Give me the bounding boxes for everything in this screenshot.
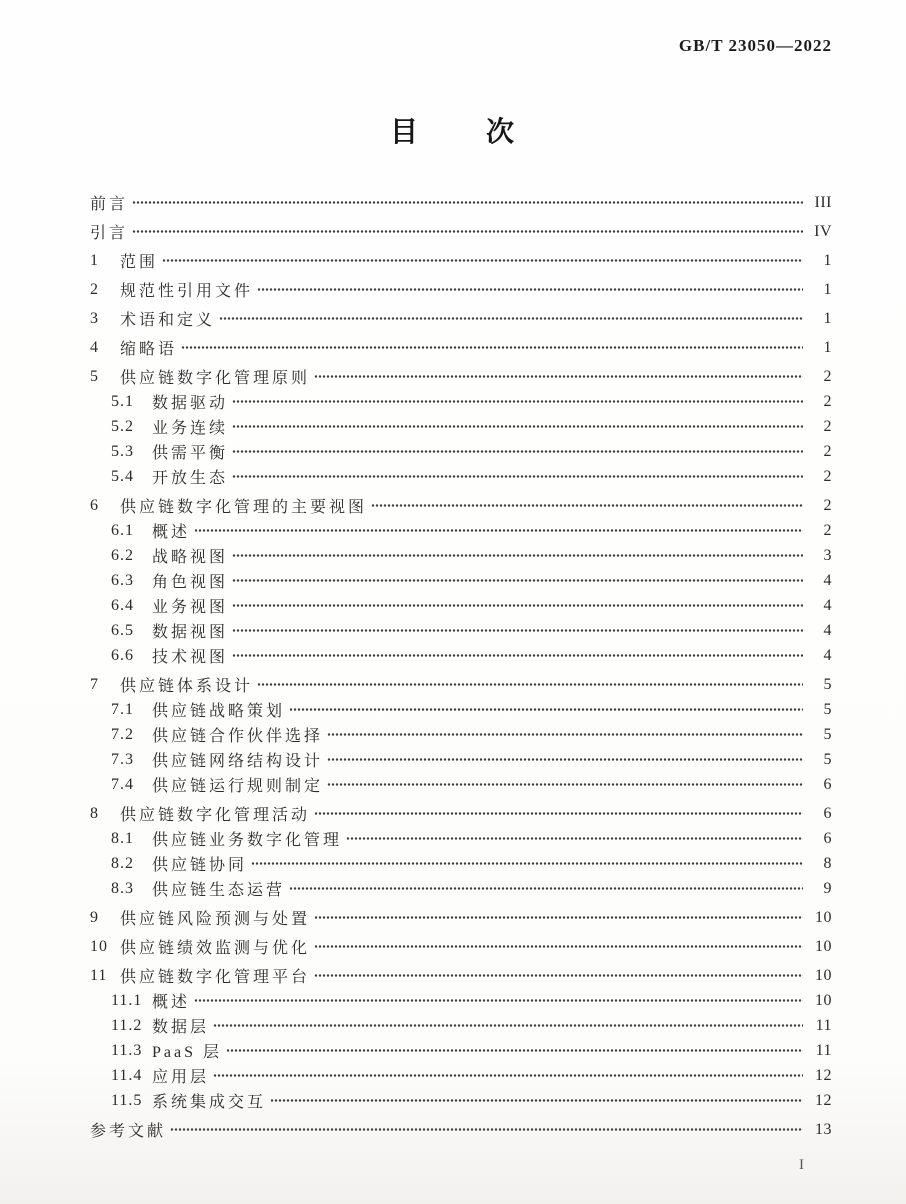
toc-entry-number: 6.3 bbox=[111, 572, 152, 590]
toc-entry: 1 范围 1 bbox=[90, 248, 832, 273]
footer-page-number: I bbox=[799, 1157, 804, 1174]
toc-entry: 11.1 概述 10 bbox=[90, 988, 832, 1013]
toc-entry-label: 系统集成交互 bbox=[152, 1089, 266, 1112]
toc-entry-number: 7.2 bbox=[111, 726, 152, 744]
dot-leader bbox=[314, 934, 803, 959]
dot-leader bbox=[232, 568, 803, 593]
dot-leader bbox=[194, 988, 803, 1013]
toc-entry-page: 2 bbox=[808, 368, 832, 386]
toc-entry-number: 11.3 bbox=[111, 1042, 152, 1060]
dot-leader bbox=[327, 772, 803, 797]
dot-leader bbox=[219, 306, 803, 331]
toc-entry-label: 供应链数字化管理原则 bbox=[120, 365, 310, 388]
toc-entry-number: 6.6 bbox=[111, 647, 152, 665]
toc-entry: 5 供应链数字化管理原则 2 bbox=[90, 364, 832, 389]
toc-entry-number: 6.5 bbox=[111, 622, 152, 640]
dot-leader bbox=[232, 643, 803, 668]
toc-entry-label: 供应链风险预测与处置 bbox=[120, 906, 310, 929]
toc-entry-page: 2 bbox=[808, 468, 832, 486]
toc-entry-number: 9 bbox=[90, 909, 120, 927]
toc-entry: 5.1 数据驱动 2 bbox=[90, 389, 832, 414]
toc-entry-label: 供应链生态运营 bbox=[152, 877, 285, 900]
toc-entry: 引言 IV bbox=[90, 219, 832, 244]
toc-entry-page: IV bbox=[808, 223, 832, 241]
dot-leader bbox=[232, 464, 803, 489]
toc-entry-label: PaaS 层 bbox=[152, 1039, 222, 1062]
toc-entry: 5.2 业务连续 2 bbox=[90, 414, 832, 439]
toc-entry: 3 术语和定义 1 bbox=[90, 306, 832, 331]
toc-entry-number: 7.3 bbox=[111, 751, 152, 769]
toc-entry-page: 5 bbox=[808, 726, 832, 744]
toc-entry-page: 11 bbox=[808, 1017, 832, 1035]
toc-entry: 9 供应链风险预测与处置 10 bbox=[90, 905, 832, 930]
toc-entry-page: 11 bbox=[808, 1042, 832, 1060]
toc-entry-label: 供应链合作伙伴选择 bbox=[152, 723, 323, 746]
toc-entry-label: 参考文献 bbox=[90, 1118, 166, 1141]
toc-entry: 7.1 供应链战略策划 5 bbox=[90, 697, 832, 722]
dot-leader bbox=[257, 277, 803, 302]
toc-entry-page: 10 bbox=[808, 992, 832, 1010]
dot-leader bbox=[251, 851, 803, 876]
dot-leader bbox=[132, 190, 803, 215]
dot-leader bbox=[232, 618, 803, 643]
toc-entry-page: 2 bbox=[808, 443, 832, 461]
toc-entry-number: 7.1 bbox=[111, 701, 152, 719]
toc-entry-page: 8 bbox=[808, 855, 832, 873]
toc-entry-page: 10 bbox=[808, 909, 832, 927]
dot-leader bbox=[194, 518, 803, 543]
toc-entry-label: 供应链体系设计 bbox=[120, 673, 253, 696]
toc-entry: 6.2 战略视图 3 bbox=[90, 543, 832, 568]
toc-entry-label: 战略视图 bbox=[152, 544, 228, 567]
toc-entry: 5.3 供需平衡 2 bbox=[90, 439, 832, 464]
toc-entry-number: 2 bbox=[90, 281, 120, 299]
toc-entry-number: 11 bbox=[90, 967, 120, 985]
toc-entry-label: 缩略语 bbox=[120, 336, 177, 359]
dot-leader bbox=[213, 1013, 803, 1038]
toc-entry-label: 供需平衡 bbox=[152, 440, 228, 463]
dot-leader bbox=[132, 219, 803, 244]
toc-entry: 10 供应链绩效监测与优化 10 bbox=[90, 934, 832, 959]
toc-entry: 11.2 数据层 11 bbox=[90, 1013, 832, 1038]
toc-entry-page: 2 bbox=[808, 418, 832, 436]
dot-leader bbox=[289, 697, 803, 722]
toc-entry-label: 概述 bbox=[152, 989, 190, 1012]
toc-entry-number: 4 bbox=[90, 339, 120, 357]
toc-entry-number: 11.4 bbox=[111, 1067, 152, 1085]
dot-leader bbox=[371, 493, 803, 518]
toc-entry-label: 技术视图 bbox=[152, 644, 228, 667]
toc-entry-label: 规范性引用文件 bbox=[120, 278, 253, 301]
toc-entry-number: 1 bbox=[90, 252, 120, 270]
toc-entry-label: 数据驱动 bbox=[152, 390, 228, 413]
toc-entry: 2 规范性引用文件 1 bbox=[90, 277, 832, 302]
toc-entry-number: 5.2 bbox=[111, 418, 152, 436]
dot-leader bbox=[314, 963, 803, 988]
toc-entry: 7.4 供应链运行规则制定 6 bbox=[90, 772, 832, 797]
toc-entry: 8.1 供应链业务数字化管理 6 bbox=[90, 826, 832, 851]
toc-entry: 6.6 技术视图 4 bbox=[90, 643, 832, 668]
toc-entry-number: 7 bbox=[90, 676, 120, 694]
toc-entry-page: 5 bbox=[808, 676, 832, 694]
toc-entry-label: 开放生态 bbox=[152, 465, 228, 488]
dot-leader bbox=[346, 826, 803, 851]
toc-entry-label: 供应链运行规则制定 bbox=[152, 773, 323, 796]
toc-entry: 8 供应链数字化管理活动 6 bbox=[90, 801, 832, 826]
toc-entry-page: 1 bbox=[808, 252, 832, 270]
toc-entry-number: 6 bbox=[90, 497, 120, 515]
dot-leader bbox=[181, 335, 803, 360]
toc-entry-page: 1 bbox=[808, 310, 832, 328]
toc-entry-number: 3 bbox=[90, 310, 120, 328]
toc-entry-page: 4 bbox=[808, 597, 832, 615]
dot-leader bbox=[314, 905, 803, 930]
page-title: 目 次 bbox=[0, 110, 906, 150]
toc-entry: 6.4 业务视图 4 bbox=[90, 593, 832, 618]
toc-entry: 4 缩略语 1 bbox=[90, 335, 832, 360]
toc-entry-page: 1 bbox=[808, 339, 832, 357]
toc-entry-label: 业务连续 bbox=[152, 415, 228, 438]
toc-entry: 8.2 供应链协同 8 bbox=[90, 851, 832, 876]
dot-leader bbox=[232, 543, 803, 568]
toc-entry-number: 5.1 bbox=[111, 393, 152, 411]
toc-entry-label: 供应链网络结构设计 bbox=[152, 748, 323, 771]
dot-leader bbox=[257, 672, 803, 697]
toc-entry-page: 2 bbox=[808, 497, 832, 515]
toc-entry-page: 5 bbox=[808, 701, 832, 719]
dot-leader bbox=[314, 801, 803, 826]
toc-entry-label: 业务视图 bbox=[152, 594, 228, 617]
toc-entry-number: 11.1 bbox=[111, 992, 152, 1010]
dot-leader bbox=[232, 389, 803, 414]
toc-entry-label: 供应链数字化管理平台 bbox=[120, 964, 310, 987]
toc-entry-number: 5.3 bbox=[111, 443, 152, 461]
dot-leader bbox=[162, 248, 803, 273]
toc-entry: 11.3 PaaS 层 11 bbox=[90, 1038, 832, 1063]
toc-entry-label: 供应链业务数字化管理 bbox=[152, 827, 342, 850]
toc-entry: 7 供应链体系设计 5 bbox=[90, 672, 832, 697]
toc-entry-number: 6.4 bbox=[111, 597, 152, 615]
toc-entry-label: 数据视图 bbox=[152, 619, 228, 642]
toc-entry-page: 6 bbox=[808, 776, 832, 794]
toc-entry-page: 10 bbox=[808, 967, 832, 985]
toc-entry-label: 术语和定义 bbox=[120, 307, 215, 330]
toc-entry: 6.1 概述 2 bbox=[90, 518, 832, 543]
toc-entry-page: 10 bbox=[808, 938, 832, 956]
toc-entry-page: 4 bbox=[808, 572, 832, 590]
dot-leader bbox=[232, 414, 803, 439]
toc-entry-number: 5.4 bbox=[111, 468, 152, 486]
toc-entry-page: 13 bbox=[808, 1121, 832, 1139]
toc-entry-page: 5 bbox=[808, 751, 832, 769]
toc-entry-page: III bbox=[808, 194, 832, 212]
toc-entry-page: 3 bbox=[808, 547, 832, 565]
toc-entry-label: 应用层 bbox=[152, 1064, 209, 1087]
toc-entry: 5.4 开放生态 2 bbox=[90, 464, 832, 489]
toc-entry-label: 范围 bbox=[120, 249, 158, 272]
dot-leader bbox=[327, 722, 803, 747]
toc-entry-number: 6.2 bbox=[111, 547, 152, 565]
toc-entry: 8.3 供应链生态运营 9 bbox=[90, 876, 832, 901]
toc-entry-page: 2 bbox=[808, 522, 832, 540]
toc-entry-label: 前言 bbox=[90, 191, 128, 214]
dot-leader bbox=[314, 364, 803, 389]
toc-entry-page: 12 bbox=[808, 1067, 832, 1085]
toc-entry-number: 5 bbox=[90, 368, 120, 386]
toc-entry-label: 供应链数字化管理活动 bbox=[120, 802, 310, 825]
toc-entry-page: 6 bbox=[808, 830, 832, 848]
toc-entry-number: 8.1 bbox=[111, 830, 152, 848]
toc-entry-label: 引言 bbox=[90, 220, 128, 243]
toc-entry-label: 概述 bbox=[152, 519, 190, 542]
dot-leader bbox=[232, 439, 803, 464]
dot-leader bbox=[170, 1117, 803, 1142]
dot-leader bbox=[270, 1088, 803, 1113]
toc-entry-page: 4 bbox=[808, 622, 832, 640]
dot-leader bbox=[213, 1063, 803, 1088]
toc-entry-number: 8 bbox=[90, 805, 120, 823]
toc-entry-number: 6.1 bbox=[111, 522, 152, 540]
toc-entry-page: 6 bbox=[808, 805, 832, 823]
toc-list: 前言 III 引言 IV 1 范围 1 2 规范性引用文件 1 3 术语和定义 … bbox=[90, 190, 832, 1142]
toc-entry-page: 1 bbox=[808, 281, 832, 299]
toc-entry-label: 供应链数字化管理的主要视图 bbox=[120, 494, 367, 517]
toc-entry-number: 8.2 bbox=[111, 855, 152, 873]
toc-entry-page: 4 bbox=[808, 647, 832, 665]
dot-leader bbox=[232, 593, 803, 618]
dot-leader bbox=[226, 1038, 803, 1063]
toc-entry: 6.5 数据视图 4 bbox=[90, 618, 832, 643]
toc-entry-page: 9 bbox=[808, 880, 832, 898]
toc-entry-number: 8.3 bbox=[111, 880, 152, 898]
toc-entry-label: 数据层 bbox=[152, 1014, 209, 1037]
toc-entry: 参考文献 13 bbox=[90, 1117, 832, 1142]
toc-entry: 11 供应链数字化管理平台 10 bbox=[90, 963, 832, 988]
toc-entry: 11.5 系统集成交互 12 bbox=[90, 1088, 832, 1113]
toc-entry: 6.3 角色视图 4 bbox=[90, 568, 832, 593]
toc-entry: 7.3 供应链网络结构设计 5 bbox=[90, 747, 832, 772]
document-page: GB/T 23050—2022 目 次 前言 III 引言 IV 1 范围 1 … bbox=[0, 0, 906, 1204]
toc-entry: 11.4 应用层 12 bbox=[90, 1063, 832, 1088]
standard-number: GB/T 23050—2022 bbox=[679, 36, 832, 56]
toc-entry-number: 11.5 bbox=[111, 1092, 152, 1110]
toc-entry-number: 11.2 bbox=[111, 1017, 152, 1035]
toc-entry-number: 7.4 bbox=[111, 776, 152, 794]
toc-entry: 6 供应链数字化管理的主要视图 2 bbox=[90, 493, 832, 518]
dot-leader bbox=[327, 747, 803, 772]
toc-entry-label: 供应链绩效监测与优化 bbox=[120, 935, 310, 958]
toc-entry-page: 2 bbox=[808, 393, 832, 411]
toc-entry-number: 10 bbox=[90, 938, 120, 956]
toc-entry: 7.2 供应链合作伙伴选择 5 bbox=[90, 722, 832, 747]
toc-entry-label: 供应链协同 bbox=[152, 852, 247, 875]
dot-leader bbox=[289, 876, 803, 901]
toc-entry: 前言 III bbox=[90, 190, 832, 215]
toc-entry-label: 供应链战略策划 bbox=[152, 698, 285, 721]
toc-entry-page: 12 bbox=[808, 1092, 832, 1110]
toc-entry-label: 角色视图 bbox=[152, 569, 228, 592]
